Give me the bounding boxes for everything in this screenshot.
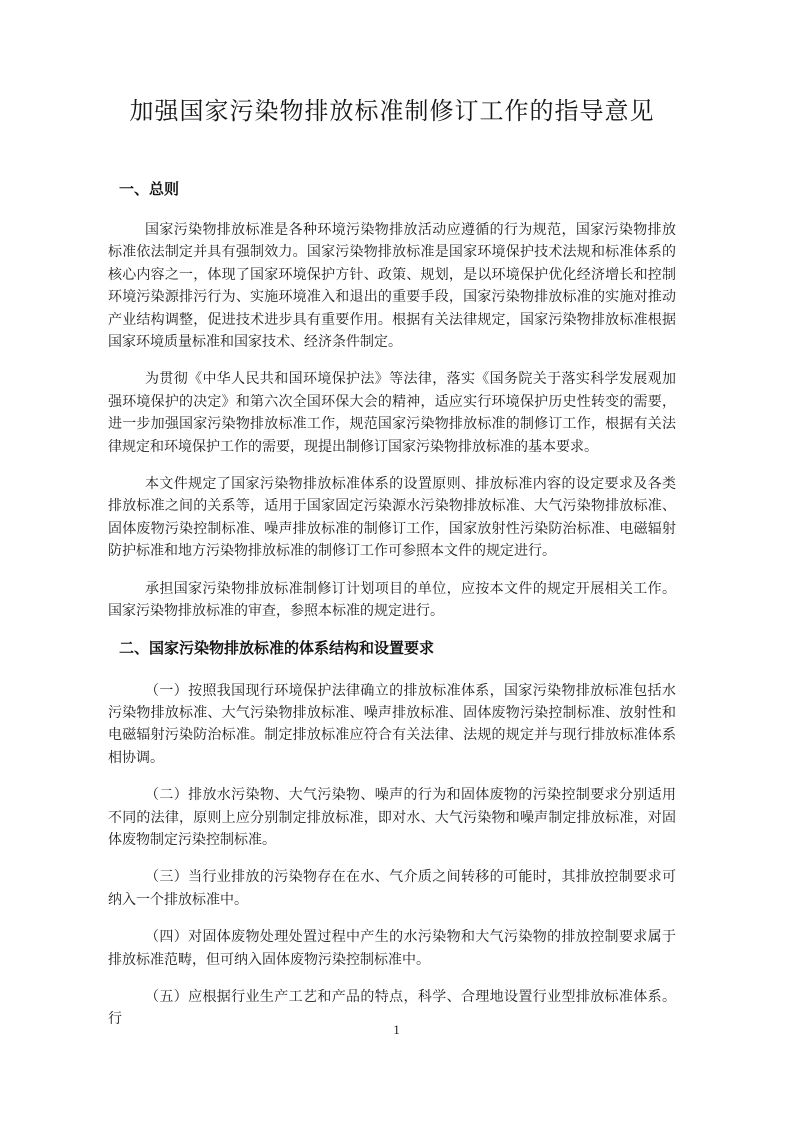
document-page: 加强国家污染物排放标准制修订工作的指导意见 一、总则 国家污染物排放标准是各种环… — [0, 0, 793, 1122]
paragraph: 本文件规定了国家污染物排放标准体系的设置原则、排放标准内容的设定要求及各类排放标… — [108, 474, 676, 564]
paragraph: （一）按照我国现行环境保护法律确立的排放标准体系，国家污染物排放标准包括水污染物… — [108, 681, 676, 771]
document-content: 加强国家污染物排放标准制修订工作的指导意见 一、总则 国家污染物排放标准是各种环… — [108, 0, 676, 1047]
section-heading-general-provisions: 一、总则 — [108, 180, 676, 200]
document-title: 加强国家污染物排放标准制修订工作的指导意见 — [108, 97, 676, 127]
paragraph: （三）当行业排放的污染物存在在水、气介质之间转移的可能时，其排放控制要求可纳入一… — [108, 867, 676, 912]
paragraph: 为贯彻《中华人民共和国环境保护法》等法律，落实《国务院关于落实科学发展观加强环境… — [108, 369, 676, 459]
section-heading-system-structure: 二、国家污染物排放标准的体系结构和设置要求 — [108, 639, 676, 659]
paragraph: 国家污染物排放标准是各种环境污染物排放活动应遵循的行为规范，国家污染物排放标准依… — [108, 220, 676, 354]
paragraph: （二）排放水污染物、大气污染物、噪声的行为和固体废物的污染控制要求分别适用不同的… — [108, 785, 676, 852]
page-number: 1 — [0, 1022, 793, 1038]
paragraph: （四）对固体废物处理处置过程中产生的水污染物和大气污染物的排放控制要求属于排放标… — [108, 927, 676, 972]
paragraph: 承担国家污染物排放标准制修订计划项目的单位，应按本文件的规定开展相关工作。国家污… — [108, 579, 676, 624]
